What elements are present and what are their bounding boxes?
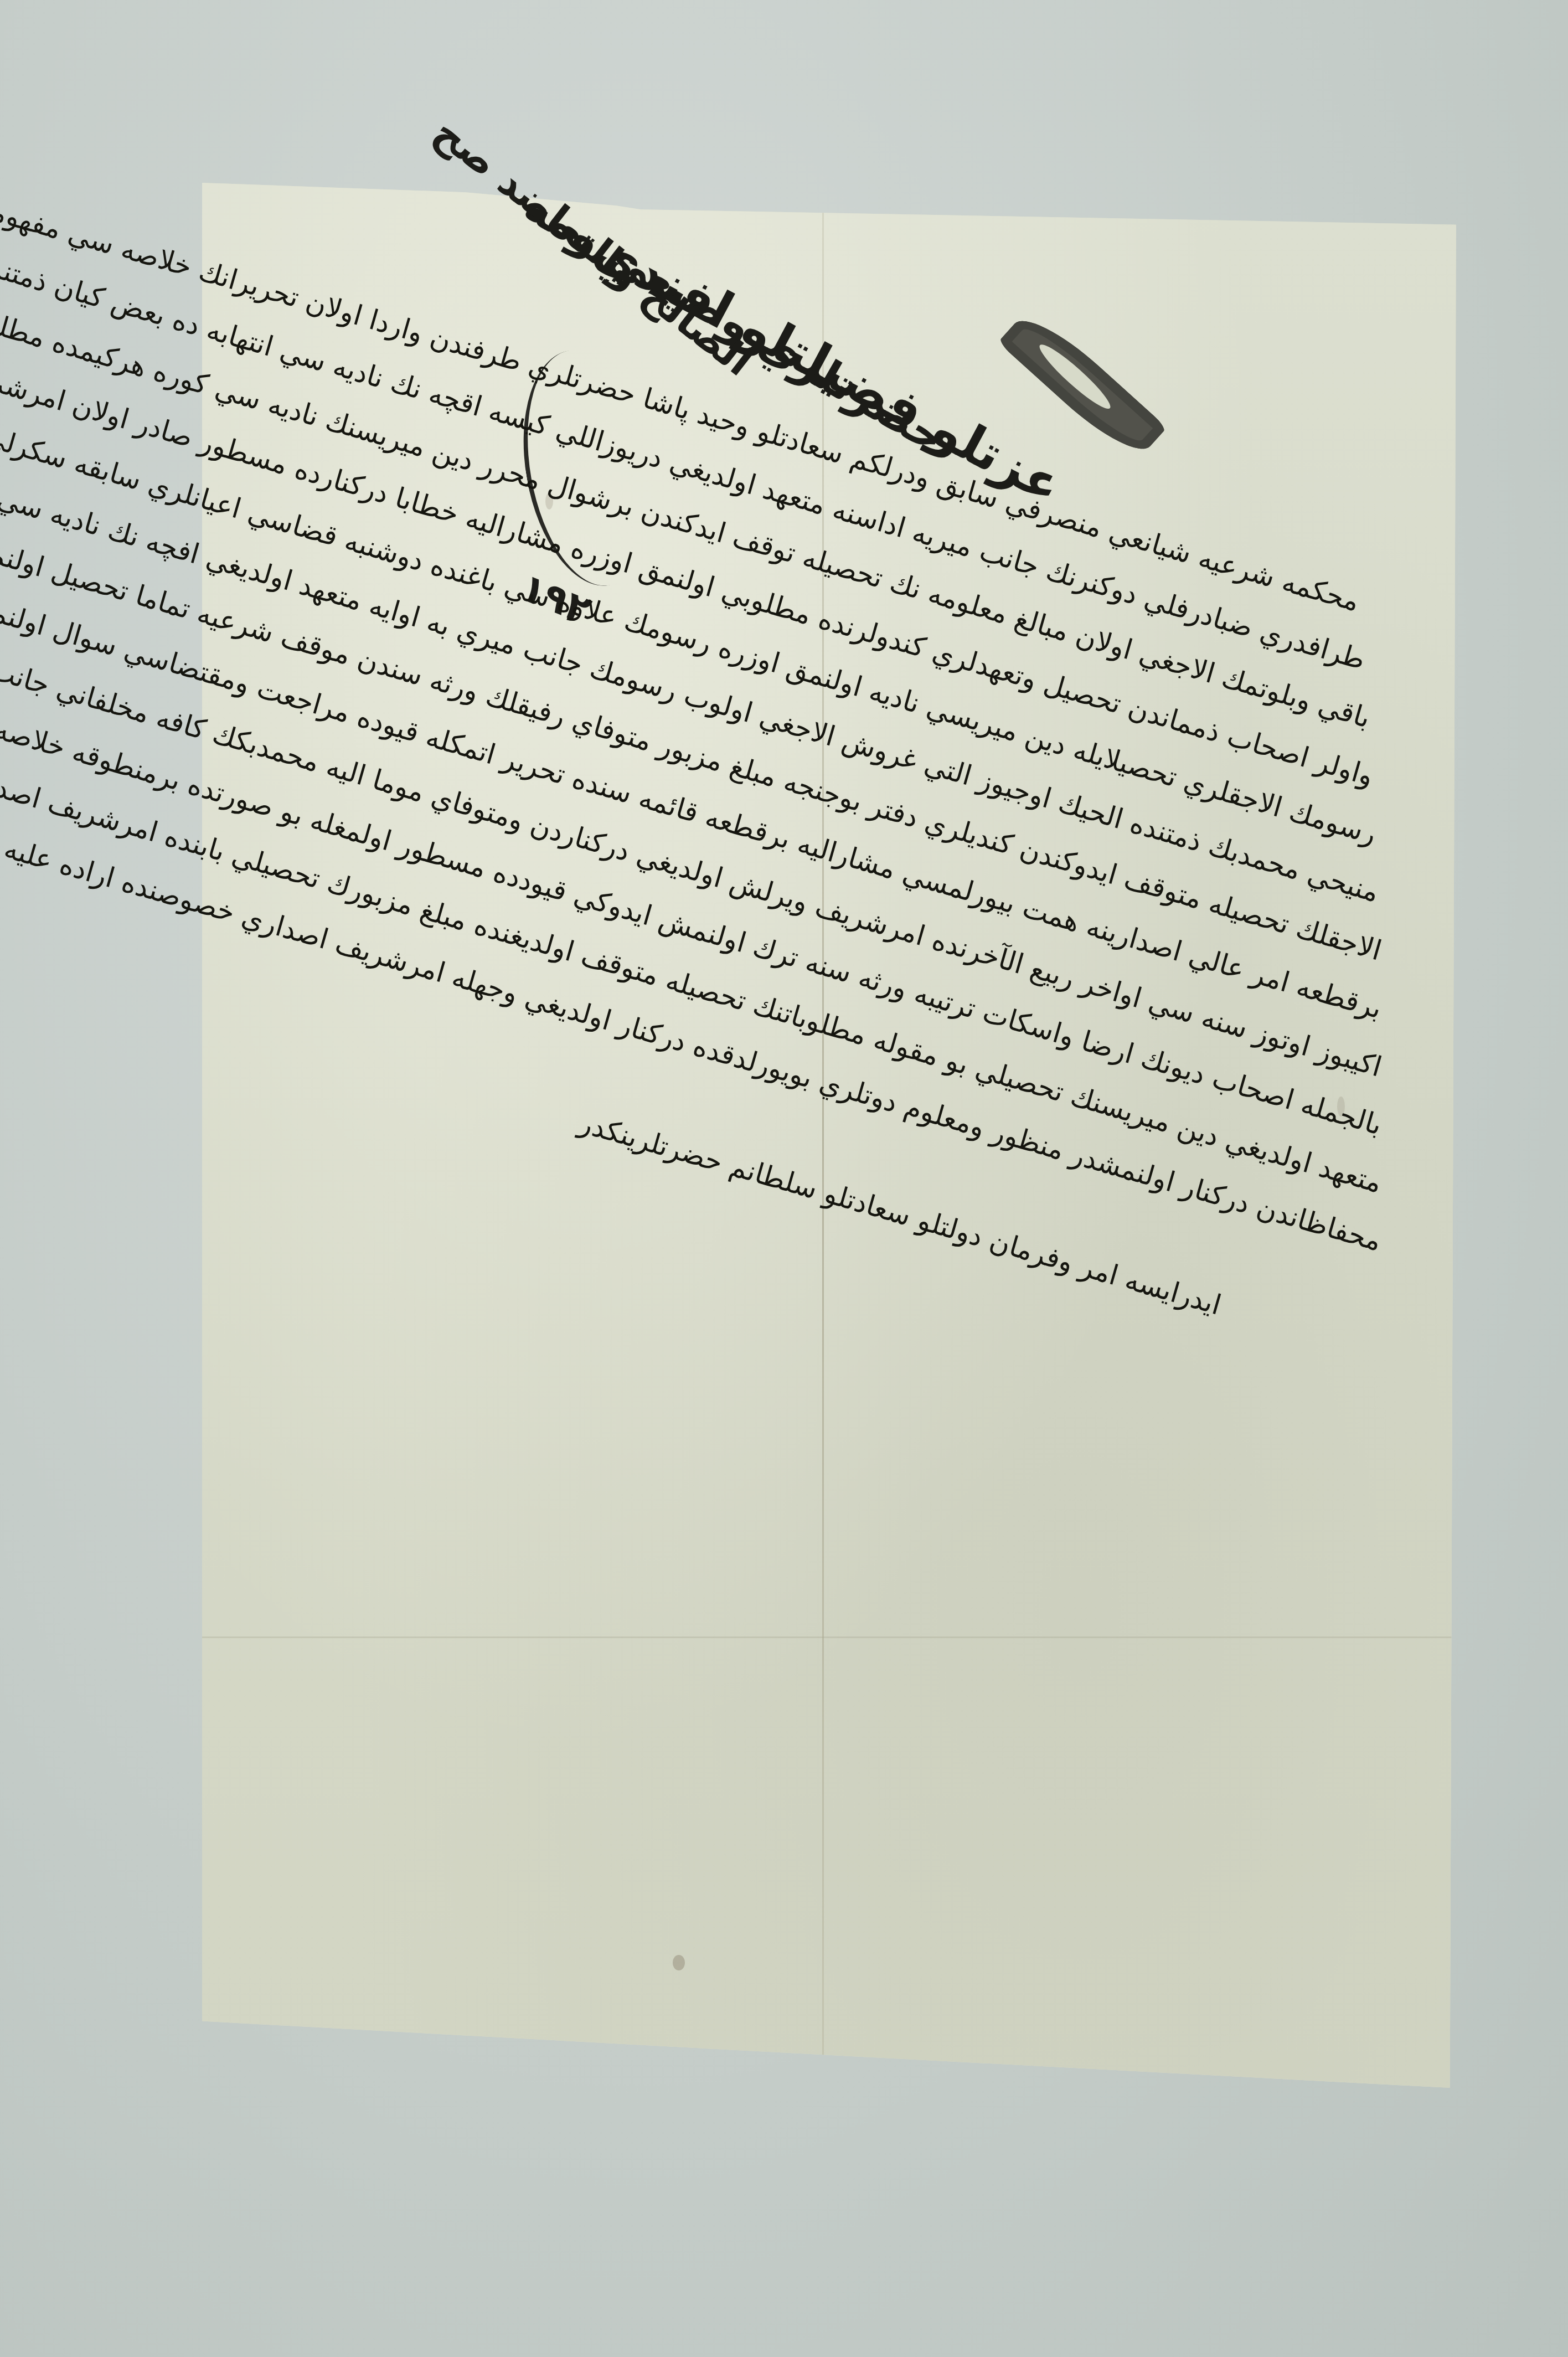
body-line: ايدرايسه امر وفرمان دولتلو سعادتلو سلطان… <box>575 1107 1225 1321</box>
document-body: محكمه شرعيه شيانعي منصرفي سابق ودرلكم سع… <box>0 0 1568 2357</box>
